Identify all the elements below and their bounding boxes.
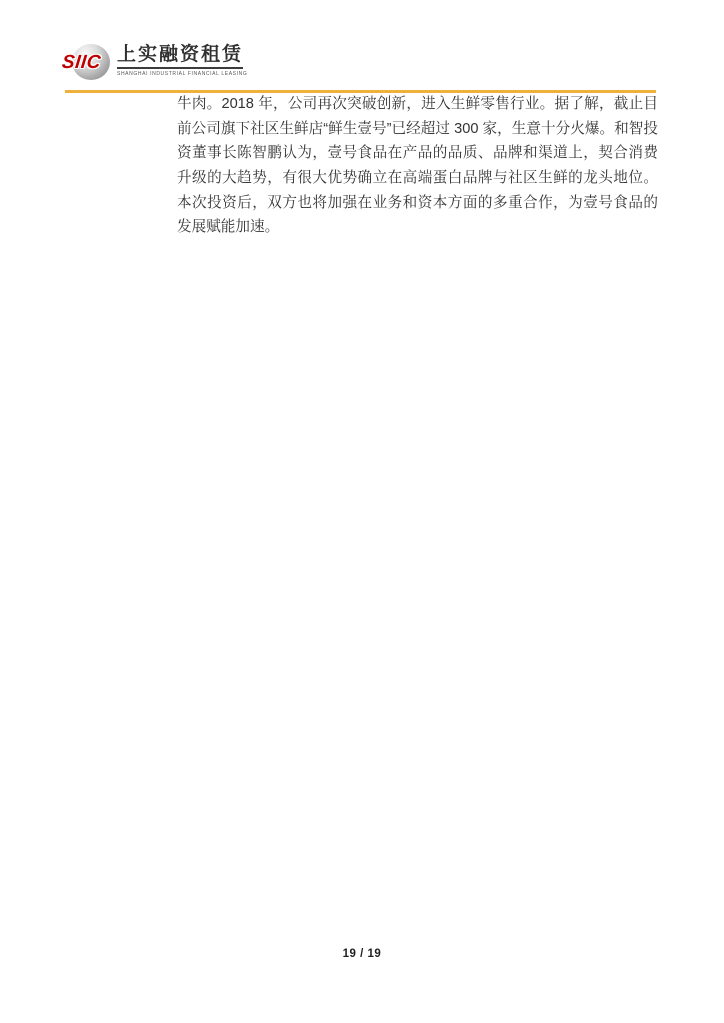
article-paragraph: 牛肉。2018 年，公司再次突破创新，进入生鲜零售行业。据了解，截止目前公司旗下… [177,92,658,240]
company-logo: SIIC 上实融资租赁 SHANGHAI INDUSTRIAL FINANCIA… [62,42,247,82]
siic-logo-icon: SIIC [62,42,114,82]
logo-text-block: 上实融资租赁 SHANGHAI INDUSTRIAL FINANCIAL LEA… [117,42,247,77]
page-number: 19 / 19 [0,948,724,960]
company-name-chinese: 上实融资租赁 [117,44,243,69]
document-page: SIIC 上实融资租赁 SHANGHAI INDUSTRIAL FINANCIA… [0,0,724,1023]
company-name-english: SHANGHAI INDUSTRIAL FINANCIAL LEASING [117,71,247,77]
logo-wordmark: SIIC [61,53,102,72]
